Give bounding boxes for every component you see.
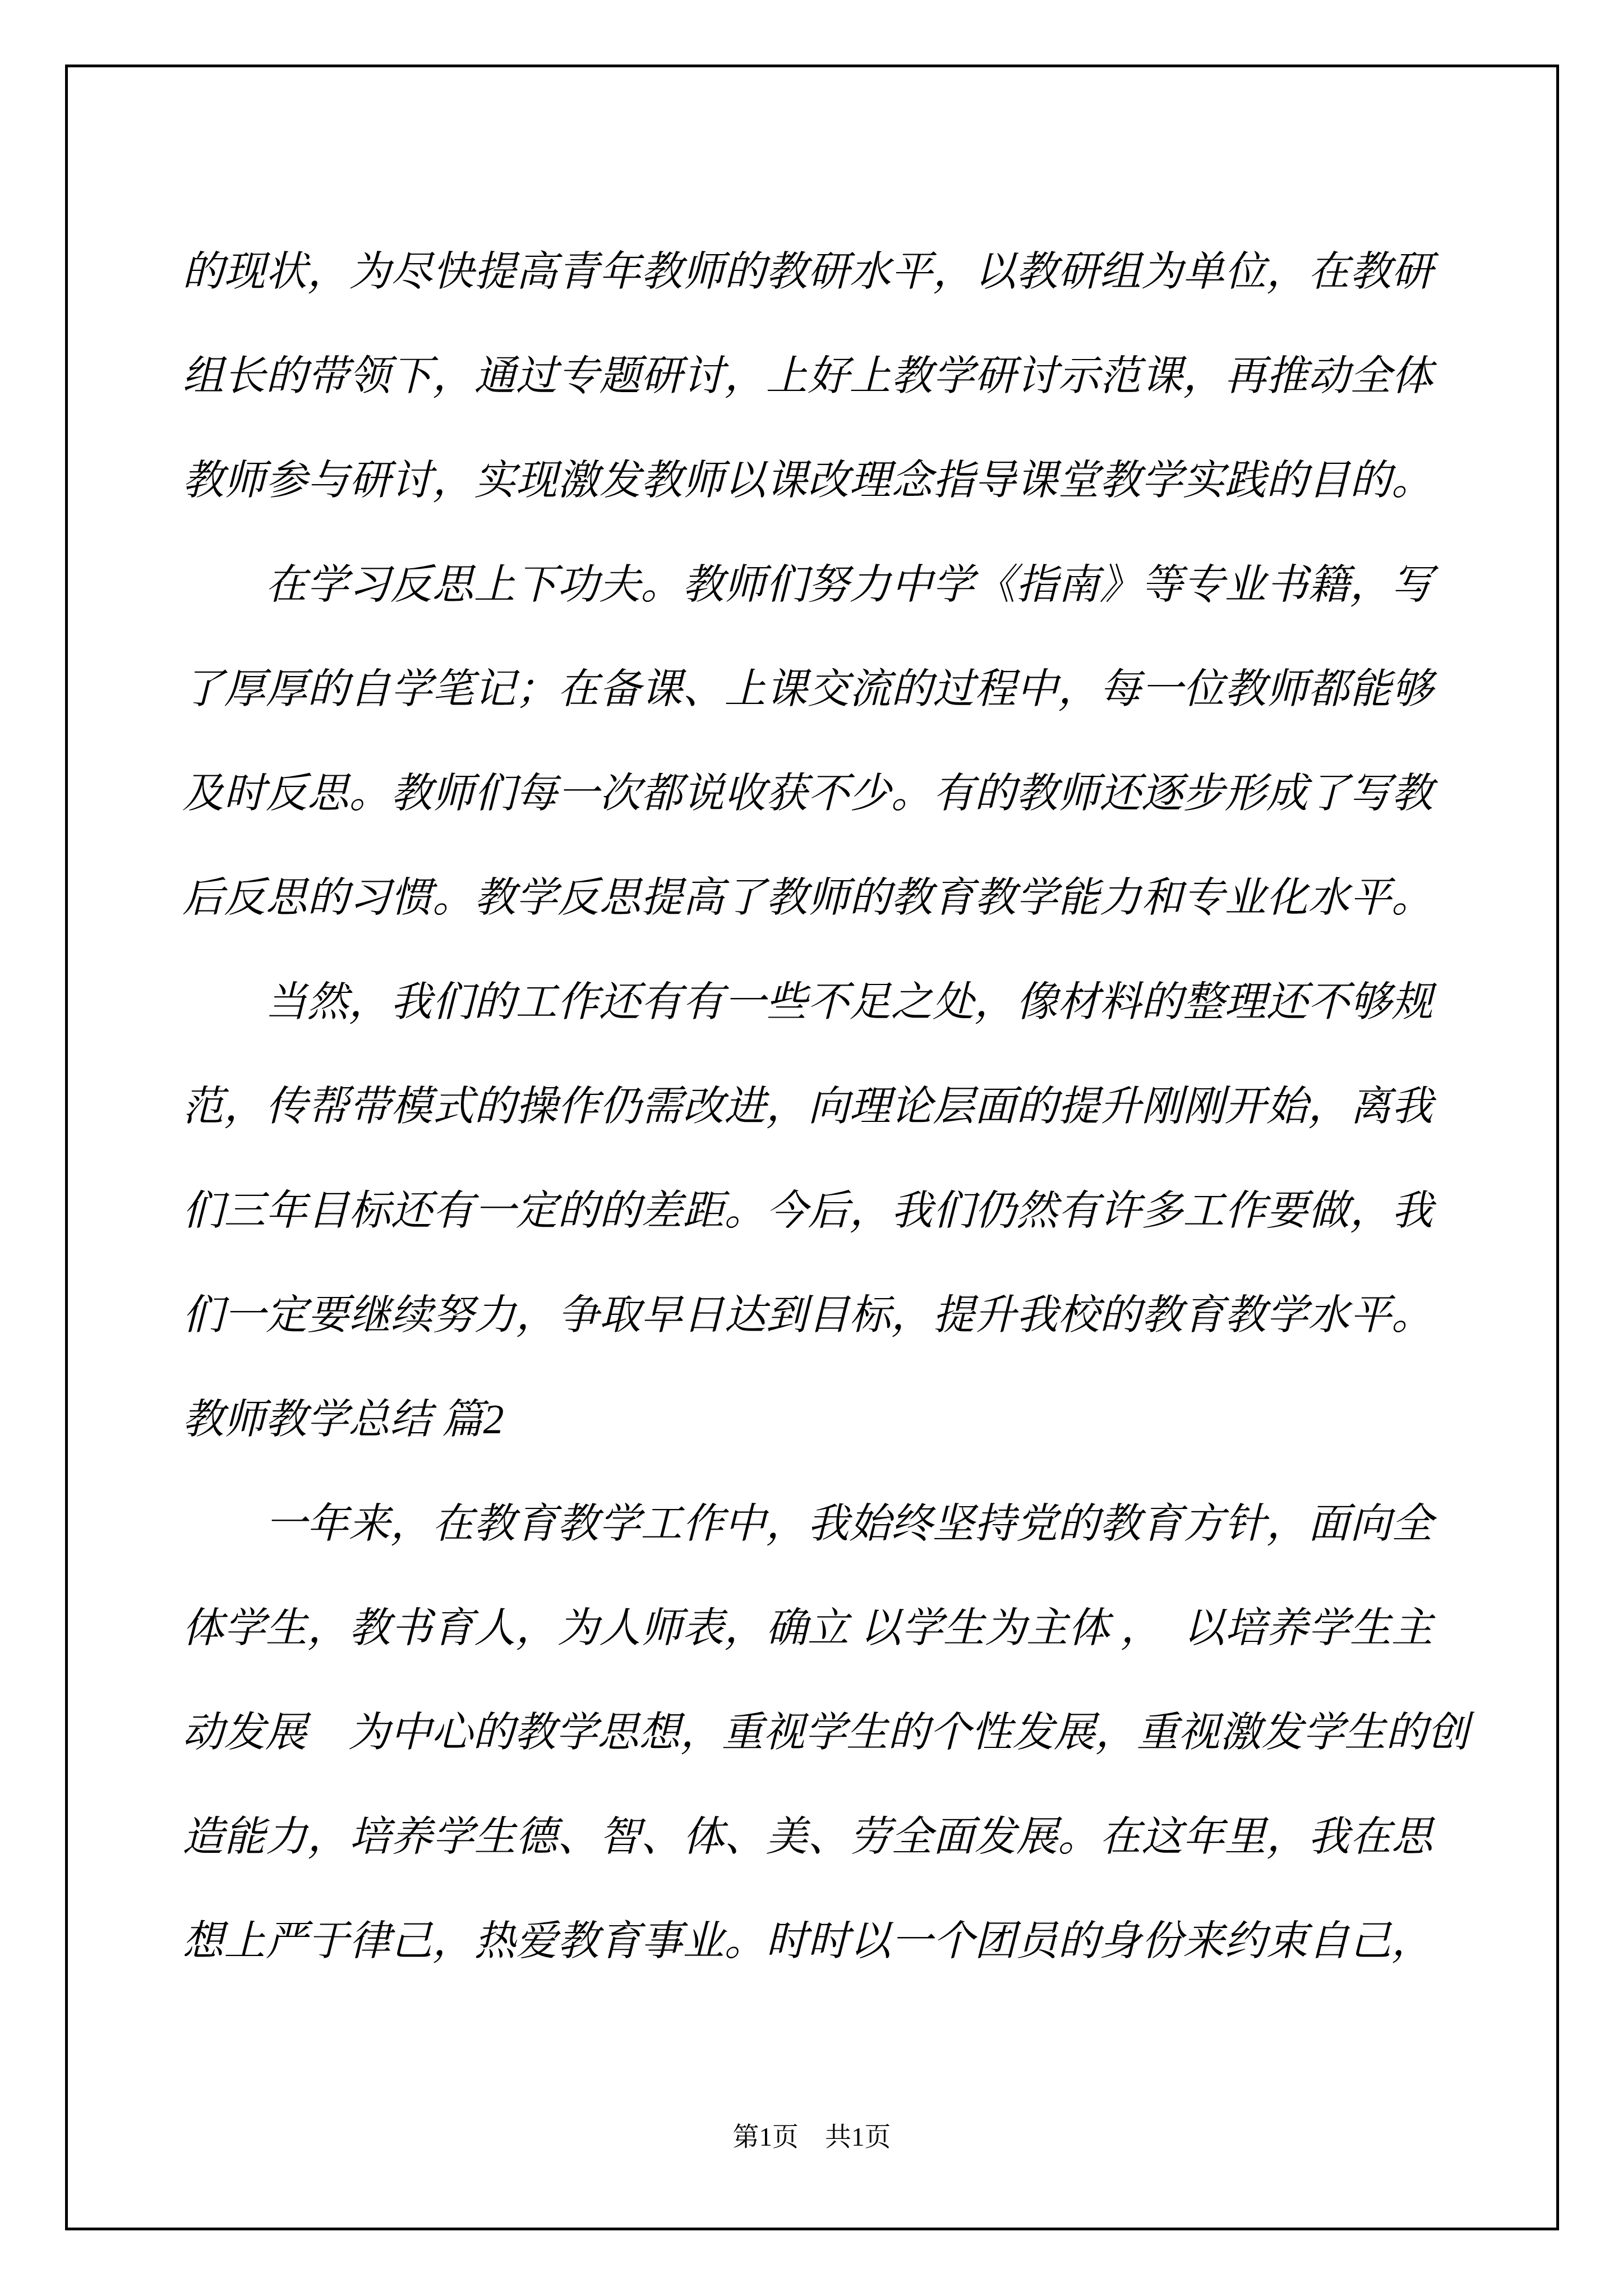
text-line: 在学习反思上下功夫。教师们努力中学《指南》等专业书籍，写 (182, 533, 1433, 637)
text-line: 当然，我们的工作还有有一些不足之处，像材料的整理还不够规 (182, 950, 1433, 1055)
text-line: 们一定要继续努力，争取早日达到目标，提升我校的教育教学水平。 (182, 1263, 1433, 1368)
page-footer: 第1页 共1页 (66, 2120, 1557, 2154)
text-line: 组长的带领下，通过专题研讨，上好上教学研讨示范课，再推动全体 (182, 324, 1433, 429)
section-heading: 教师教学总结 篇2 (182, 1368, 1433, 1472)
document-body: 的现状，为尽快提高青年教师的教研水平，以教研组为单位，在教研 组长的带领下，通过… (182, 220, 1433, 1994)
text-line: 想上严于律己，热爱教育事业。时时以一个团员的身份来约束自己， (182, 1889, 1433, 1994)
text-line: 及时反思。教师们每一次都说收获不少。有的教师还逐步形成了写教 (182, 742, 1433, 846)
text-line: 范，传帮带模式的操作仍需改进，向理论层面的提升刚刚开始，离我 (182, 1055, 1433, 1159)
text-line: 们三年目标还有一定的的差距。今后，我们仍然有许多工作要做，我 (182, 1159, 1433, 1263)
document-page: 的现状，为尽快提高青年教师的教研水平，以教研组为单位，在教研 组长的带领下，通过… (0, 0, 1623, 2296)
text-line: 后反思的习惯。教学反思提高了教师的教育教学能力和专业化水平。 (182, 846, 1433, 950)
text-line: 教师参与研讨，实现激发教师以课改理念指导课堂教学实践的目的。 (182, 429, 1433, 533)
text-line: 动发展 为中心的教学思想，重视学生的个性发展，重视激发学生的创 (182, 1681, 1433, 1785)
text-line: 了厚厚的自学笔记；在备课、上课交流的过程中，每一位教师都能够 (182, 637, 1433, 742)
text-line: 的现状，为尽快提高青年教师的教研水平，以教研组为单位，在教研 (182, 220, 1433, 324)
text-line: 体学生，教书育人，为人师表，确立 以学生为主体 ， 以培养学生主 (182, 1576, 1433, 1681)
text-line: 造能力，培养学生德、智、体、美、劳全面发展。在这年里，我在思 (182, 1785, 1433, 1889)
text-line: 一年来，在教育教学工作中，我始终坚持党的教育方针，面向全 (182, 1472, 1433, 1576)
